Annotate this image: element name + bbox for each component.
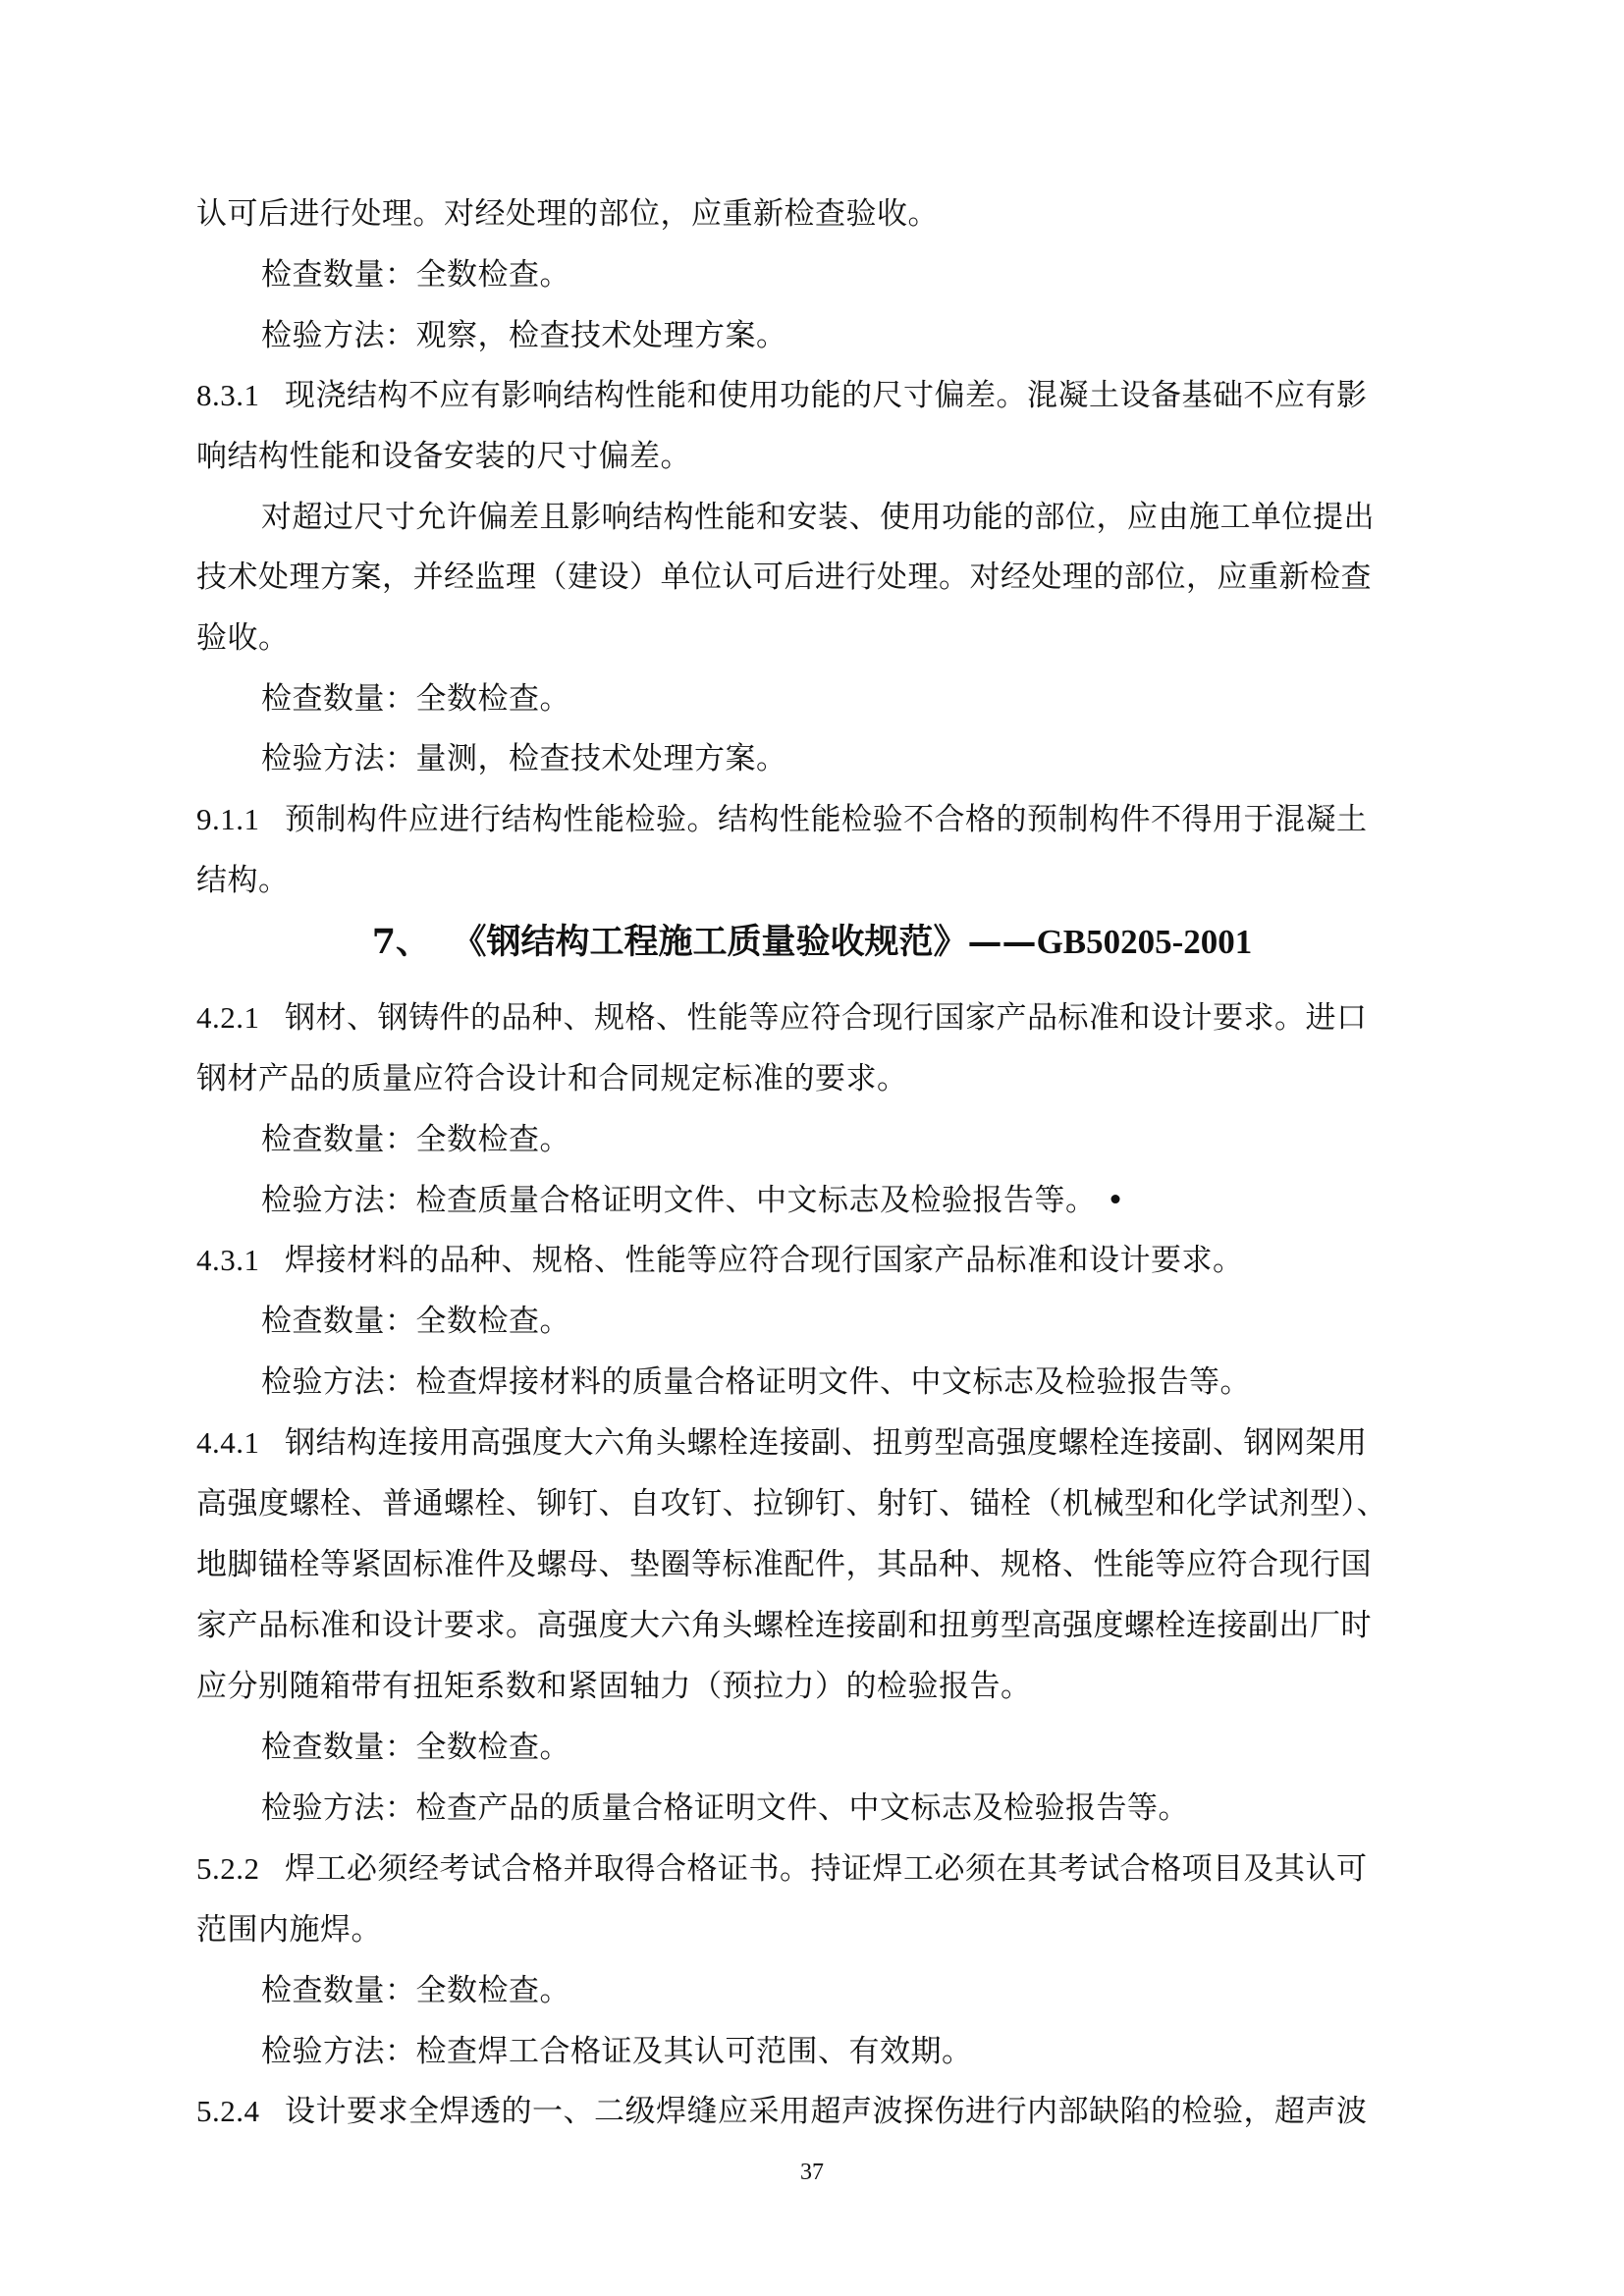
paragraph-line: 应分别随箱带有扭矩系数和紧固轴力（预拉力）的检验报告。 (196, 1667, 1443, 1706)
paragraph-line: 认可后进行处理。对经处理的部位，应重新检查验收。 (196, 194, 1443, 234)
paragraph-line: 地脚锚栓等紧固标准件及螺母、垫圈等标准配件，其品种、规格、性能等应符合现行国 (196, 1545, 1443, 1584)
paragraph-line: 钢材产品的质量应符合设计和合同规定标准的要求。 (196, 1059, 1443, 1098)
clause-number: 4.3.1 (196, 1241, 285, 1280)
inspection-quantity: 检查数量：全数检查。 (261, 1971, 1508, 2010)
clause-number: 9.1.1 (196, 800, 285, 839)
clause-text: 预制构件应进行结构性能检验。结构性能检验不合格的预制构件不得用于混凝土 (285, 802, 1368, 837)
inspection-method: 检验方法：量测，检查技术处理方案。 (261, 739, 1508, 778)
clause-text: 焊工必须经考试合格并取得合格证书。持证焊工必须在其考试合格项目及其认可 (285, 1851, 1368, 1887)
inspection-quantity: 检查数量：全数检查。 (261, 1302, 1508, 1341)
page-number: 37 (0, 2160, 1624, 2186)
section-heading: 7、《钢结构工程施工质量验收规范》——GB50205-2001 (0, 921, 1624, 964)
heading-number: 7、 (372, 922, 430, 962)
paragraph-line: 高强度螺栓、普通螺栓、铆钉、自攻钉、拉铆钉、射钉、锚栓（机械型和化学试剂型）、 (196, 1484, 1443, 1523)
clause-text: 钢材、钢铸件的品种、规格、性能等应符合现行国家产品标准和设计要求。进口 (285, 1000, 1368, 1036)
clause-4-2-1: 4.2.1钢材、钢铸件的品种、规格、性能等应符合现行国家产品标准和设计要求。进口 (196, 998, 1443, 1038)
clause-9-1-1: 9.1.1预制构件应进行结构性能检验。结构性能检验不合格的预制构件不得用于混凝土 (196, 800, 1443, 839)
clause-number: 4.4.1 (196, 1423, 285, 1463)
inspection-quantity: 检查数量：全数检查。 (261, 679, 1508, 719)
paragraph-line: 范围内施焊。 (196, 1910, 1443, 1949)
clause-5-2-2: 5.2.2焊工必须经考试合格并取得合格证书。持证焊工必须在其考试合格项目及其认可 (196, 1849, 1443, 1889)
clause-number: 4.2.1 (196, 998, 285, 1038)
clause-text: 设计要求全焊透的一、二级焊缝应采用超声波探伤进行内部缺陷的检验，超声波 (285, 2094, 1368, 2129)
document-page: 认可后进行处理。对经处理的部位，应重新检查验收。 检查数量：全数检查。 检验方法… (0, 0, 1624, 2296)
inspection-method: 检验方法：检查焊接材料的质量合格证明文件、中文标志及检验报告等。 (261, 1362, 1508, 1402)
inspection-quantity: 检查数量：全数检查。 (261, 1120, 1508, 1159)
paragraph-line: 技术处理方案，并经监理（建设）单位认可后进行处理。对经处理的部位，应重新检查 (196, 558, 1443, 597)
inspection-method: 检验方法：检查质量合格证明文件、中文标志及检验报告等。 • (261, 1181, 1508, 1220)
clause-5-2-4: 5.2.4设计要求全焊透的一、二级焊缝应采用超声波探伤进行内部缺陷的检验，超声波 (196, 2092, 1443, 2131)
paragraph-line: 响结构性能和设备安装的尺寸偏差。 (196, 437, 1443, 476)
inspection-method: 检验方法：观察，检查技术处理方案。 (261, 316, 1508, 355)
clause-number: 5.2.4 (196, 2092, 285, 2131)
heading-title: 《钢结构工程施工质量验收规范》—— (469, 922, 1037, 962)
inspection-method: 检验方法：检查产品的质量合格证明文件、中文标志及检验报告等。 (261, 1789, 1508, 1828)
clause-text: 现浇结构不应有影响结构性能和使用功能的尺寸偏差。混凝土设备基础不应有影 (285, 378, 1368, 413)
paragraph-line: 家产品标准和设计要求。高强度大六角头螺栓连接副和扭剪型高强度螺栓连接副出厂时 (196, 1606, 1443, 1645)
clause-number: 8.3.1 (196, 376, 285, 415)
inspection-quantity: 检查数量：全数检查。 (261, 1728, 1508, 1767)
clause-4-4-1: 4.4.1钢结构连接用高强度大六角头螺栓连接副、扭剪型高强度螺栓连接副、钢网架用 (196, 1423, 1443, 1463)
paragraph-line: 结构。 (196, 861, 1443, 900)
inspection-method: 检验方法：检查焊工合格证及其认可范围、有效期。 (261, 2032, 1508, 2071)
clause-text: 焊接材料的品种、规格、性能等应符合现行国家产品标准和设计要求。 (285, 1243, 1244, 1278)
heading-code: GB50205-2001 (1037, 923, 1253, 961)
clause-4-3-1: 4.3.1焊接材料的品种、规格、性能等应符合现行国家产品标准和设计要求。 (196, 1241, 1443, 1280)
clause-number: 5.2.2 (196, 1849, 285, 1889)
inspection-quantity: 检查数量：全数检查。 (261, 255, 1508, 294)
clause-8-3-1: 8.3.1现浇结构不应有影响结构性能和使用功能的尺寸偏差。混凝土设备基础不应有影 (196, 376, 1443, 415)
clause-text: 钢结构连接用高强度大六角头螺栓连接副、扭剪型高强度螺栓连接副、钢网架用 (285, 1425, 1368, 1461)
paragraph-line: 验收。 (196, 618, 1443, 658)
paragraph-line: 对超过尺寸允许偏差且影响结构性能和安装、使用功能的部位，应由施工单位提出 (261, 498, 1508, 537)
